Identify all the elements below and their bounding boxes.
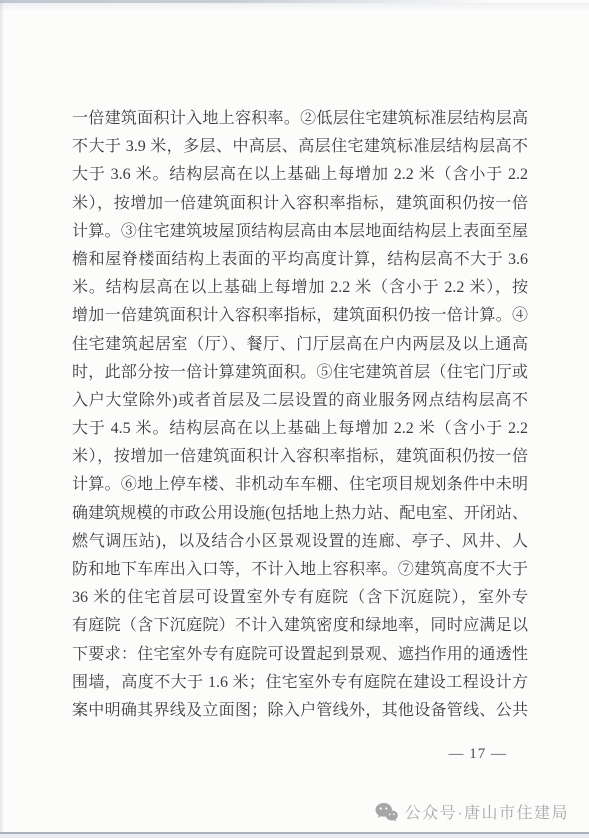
text-line: 大于 4.5 米。结构层高在以上基础上每增加 2.2 米（含小于 2.2 xyxy=(72,415,528,443)
text-line: 防和地下车库出入口等，不计入地上容积率。⑦建筑高度不大于 xyxy=(72,556,528,584)
page-number: — 17 — xyxy=(449,746,508,763)
text-line: 有庭院（含下沉庭院）不计入建筑密度和绿地率，同时应满足以 xyxy=(72,612,528,640)
text-line: 一倍建筑面积计入地上容积率。②低层住宅建筑标准层结构层高 xyxy=(72,105,528,133)
text-line: 米），按增加一倍建筑面积计入容积率指标，建筑面积仍按一倍 xyxy=(72,190,528,218)
text-line: 入户大堂除外)或者首层及二层设置的商业服务网点结构层高不 xyxy=(72,387,528,415)
scan-bottom-fade xyxy=(0,834,589,838)
text-line: 时，此部分按一倍计算建筑面积。⑤住宅建筑首层（住宅门厅或 xyxy=(72,359,528,387)
text-line: 燃气调压站)，以及结合小区景观设置的连廊、亭子、风井、人 xyxy=(72,528,528,556)
text-line: 36 米的住宅首层可设置室外专有庭院（含下沉庭院），室外专 xyxy=(72,584,528,612)
text-line: 计算。③住宅建筑坡屋顶结构层高由本层地面结构层上表面至屋 xyxy=(72,218,528,246)
text-line: 计算。⑥地上停车楼、非机动车车棚、住宅项目规划条件中未明 xyxy=(72,471,528,499)
text-line: 不大于 3.9 米，多层、中高层、高层住宅建筑标准层结构层高不 xyxy=(72,133,528,161)
watermark: 公众号·唐山市住建局 xyxy=(375,800,569,823)
text-line: 下要求：住宅室外专有庭院可设置起到景观、遮挡作用的通透性 xyxy=(72,641,528,669)
text-line: 檐和屋脊楼面结构上表面的平均高度计算，结构层高不大于 3.6 xyxy=(72,246,528,274)
text-line: 住宅建筑起居室（厅）、餐厅、门厅层高在户内两层及以上通高 xyxy=(72,331,528,359)
scan-left-edge xyxy=(0,0,4,838)
text-line: 大于 3.6 米。结构层高在以上基础上每增加 2.2 米（含小于 2.2 xyxy=(72,161,528,189)
body-text: 一倍建筑面积计入地上容积率。②低层住宅建筑标准层结构层高不大于 3.9 米，多层… xyxy=(72,105,528,725)
text-line: 增加一倍建筑面积计入容积率指标，建筑面积仍按一倍计算。④ xyxy=(72,302,528,330)
text-line: 米），按增加一倍建筑面积计入容积率指标，建筑面积仍按一倍 xyxy=(72,443,528,471)
text-line: 围墙，高度不大于 1.6 米；住宅室外专有庭院在建设工程设计方 xyxy=(72,669,528,697)
watermark-text: 公众号·唐山市住建局 xyxy=(405,800,569,823)
wechat-icon xyxy=(375,802,398,822)
text-line: 米。结构层高在以上基础上每增加 2.2 米（含小于 2.2 米），按 xyxy=(72,274,528,302)
text-line: 确建筑规模的市政公用设施(包括地上热力站、配电室、开闭站、 xyxy=(72,500,528,528)
scan-top-fade xyxy=(0,3,589,11)
document-page: 一倍建筑面积计入地上容积率。②低层住宅建筑标准层结构层高不大于 3.9 米，多层… xyxy=(0,0,589,838)
text-line: 案中明确其界线及立面图；除入户管线外，其他设备管线、公共 xyxy=(72,697,528,725)
